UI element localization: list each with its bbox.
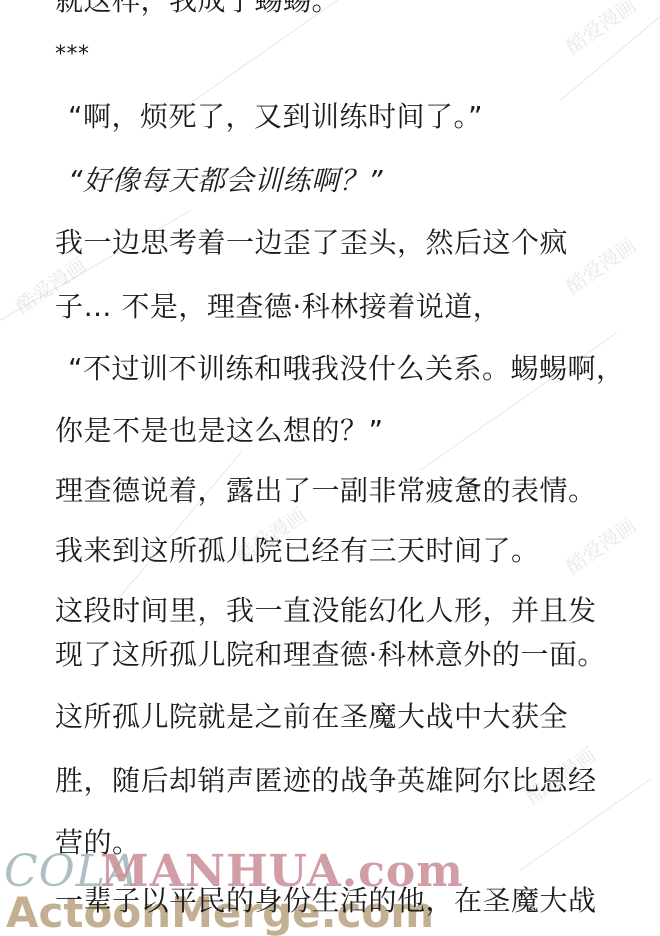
- background-watermark-text: 酷爱漫画: [559, 0, 641, 59]
- background-watermark-text: 酷爱漫画: [559, 230, 641, 300]
- dialogue-line: “好像每天都会训练啊？”: [68, 164, 383, 198]
- text-line: 理查德说着，露出了一副非常疲惫的表情。: [55, 474, 597, 508]
- text-line: 这所孤儿院就是之前在圣魔大战中大获全: [55, 700, 568, 734]
- text-line: 我来到这所孤儿院已经有三天时间了。: [55, 534, 540, 568]
- background-watermark-text: 酷爱漫画: [559, 510, 641, 580]
- text-line: 我一边思考着一边歪了歪头，然后这个疯: [55, 226, 568, 260]
- dialogue-line: 你是不是也是这么想的？”: [55, 414, 384, 448]
- section-separator: ***: [55, 38, 90, 72]
- text-line: 就这样，我成了蜴蜴。: [55, 0, 340, 18]
- text-line: 一辈子以平民的身份生活的他，在圣魔大战: [55, 884, 597, 918]
- text-line: 胜，随后却销声匿迹的战争英雄阿尔比恩经: [55, 764, 597, 798]
- text-line: 现了这所孤儿院和理查德·科林意外的一面。: [55, 638, 606, 672]
- dialogue-line: “不过训不训练和哦我没什么关系。蜴蜴啊，: [68, 352, 625, 386]
- text-line: 这段时间里，我一直没能幻化人形，并且发: [55, 594, 597, 628]
- text-line: 子… 不是，理查德·科林接着说道，: [55, 290, 501, 324]
- dialogue-line: “啊，烦死了，又到训练时间了。”: [68, 100, 483, 134]
